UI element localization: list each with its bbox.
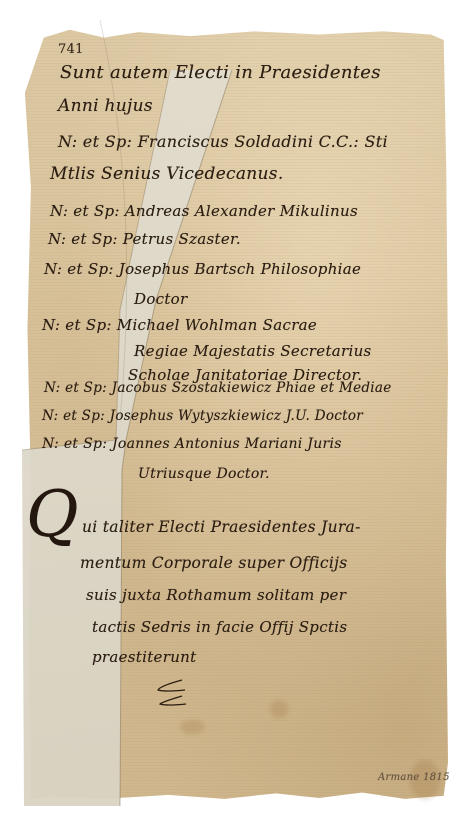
- manuscript-line: Doctor: [134, 290, 188, 308]
- manuscript-line: Sunt autem Electi in Praesidentes: [60, 62, 381, 83]
- decorated-initial: Q: [26, 478, 79, 552]
- manuscript-line: N: et Sp: Franciscus Soldadini C.C.: Sti: [58, 132, 388, 151]
- manuscript-line: Anni hujus: [58, 96, 153, 116]
- oath-line: mentum Corporale super Officijs: [80, 554, 347, 572]
- manuscript-line: N: et Sp: Joannes Antonius Mariani Juris: [42, 436, 342, 452]
- page-number: 741: [58, 42, 84, 57]
- manuscript-line: N: et Sp: Josephus Bartsch Philosophiae: [44, 260, 361, 278]
- manuscript-line: Utriusque Doctor.: [138, 466, 270, 482]
- closing-flourish: [150, 672, 350, 712]
- manuscript-page: 741 Sunt autem Electi in Praesidentes An…: [0, 0, 450, 819]
- oath-line: suis juxta Rothamum solitam per: [86, 586, 346, 604]
- manuscript-line: N: et Sp: Michael Wohlman Sacrae: [42, 316, 317, 334]
- archival-note: Armane 1815: [378, 772, 450, 783]
- manuscript-line: Regiae Majestatis Secretarius: [134, 342, 372, 360]
- manuscript-line: N: et Sp: Jacobus Szostakiewicz Phiae et…: [44, 380, 392, 396]
- manuscript-line: N: et Sp: Josephus Wytyszkiewicz J.U. Do…: [42, 408, 363, 424]
- manuscript-line: Mtlis Senius Vicedecanus.: [50, 164, 284, 184]
- oath-line: tactis Sedris in facie Offij Spctis: [92, 618, 347, 636]
- oath-line: praestiterunt: [92, 648, 196, 666]
- manuscript-line: N: et Sp: Petrus Szaster.: [48, 230, 241, 248]
- water-stain: [180, 720, 205, 734]
- manuscript-line: N: et Sp: Andreas Alexander Mikulinus: [50, 202, 358, 220]
- oath-line: ui taliter Electi Praesidentes Jura-: [82, 518, 361, 536]
